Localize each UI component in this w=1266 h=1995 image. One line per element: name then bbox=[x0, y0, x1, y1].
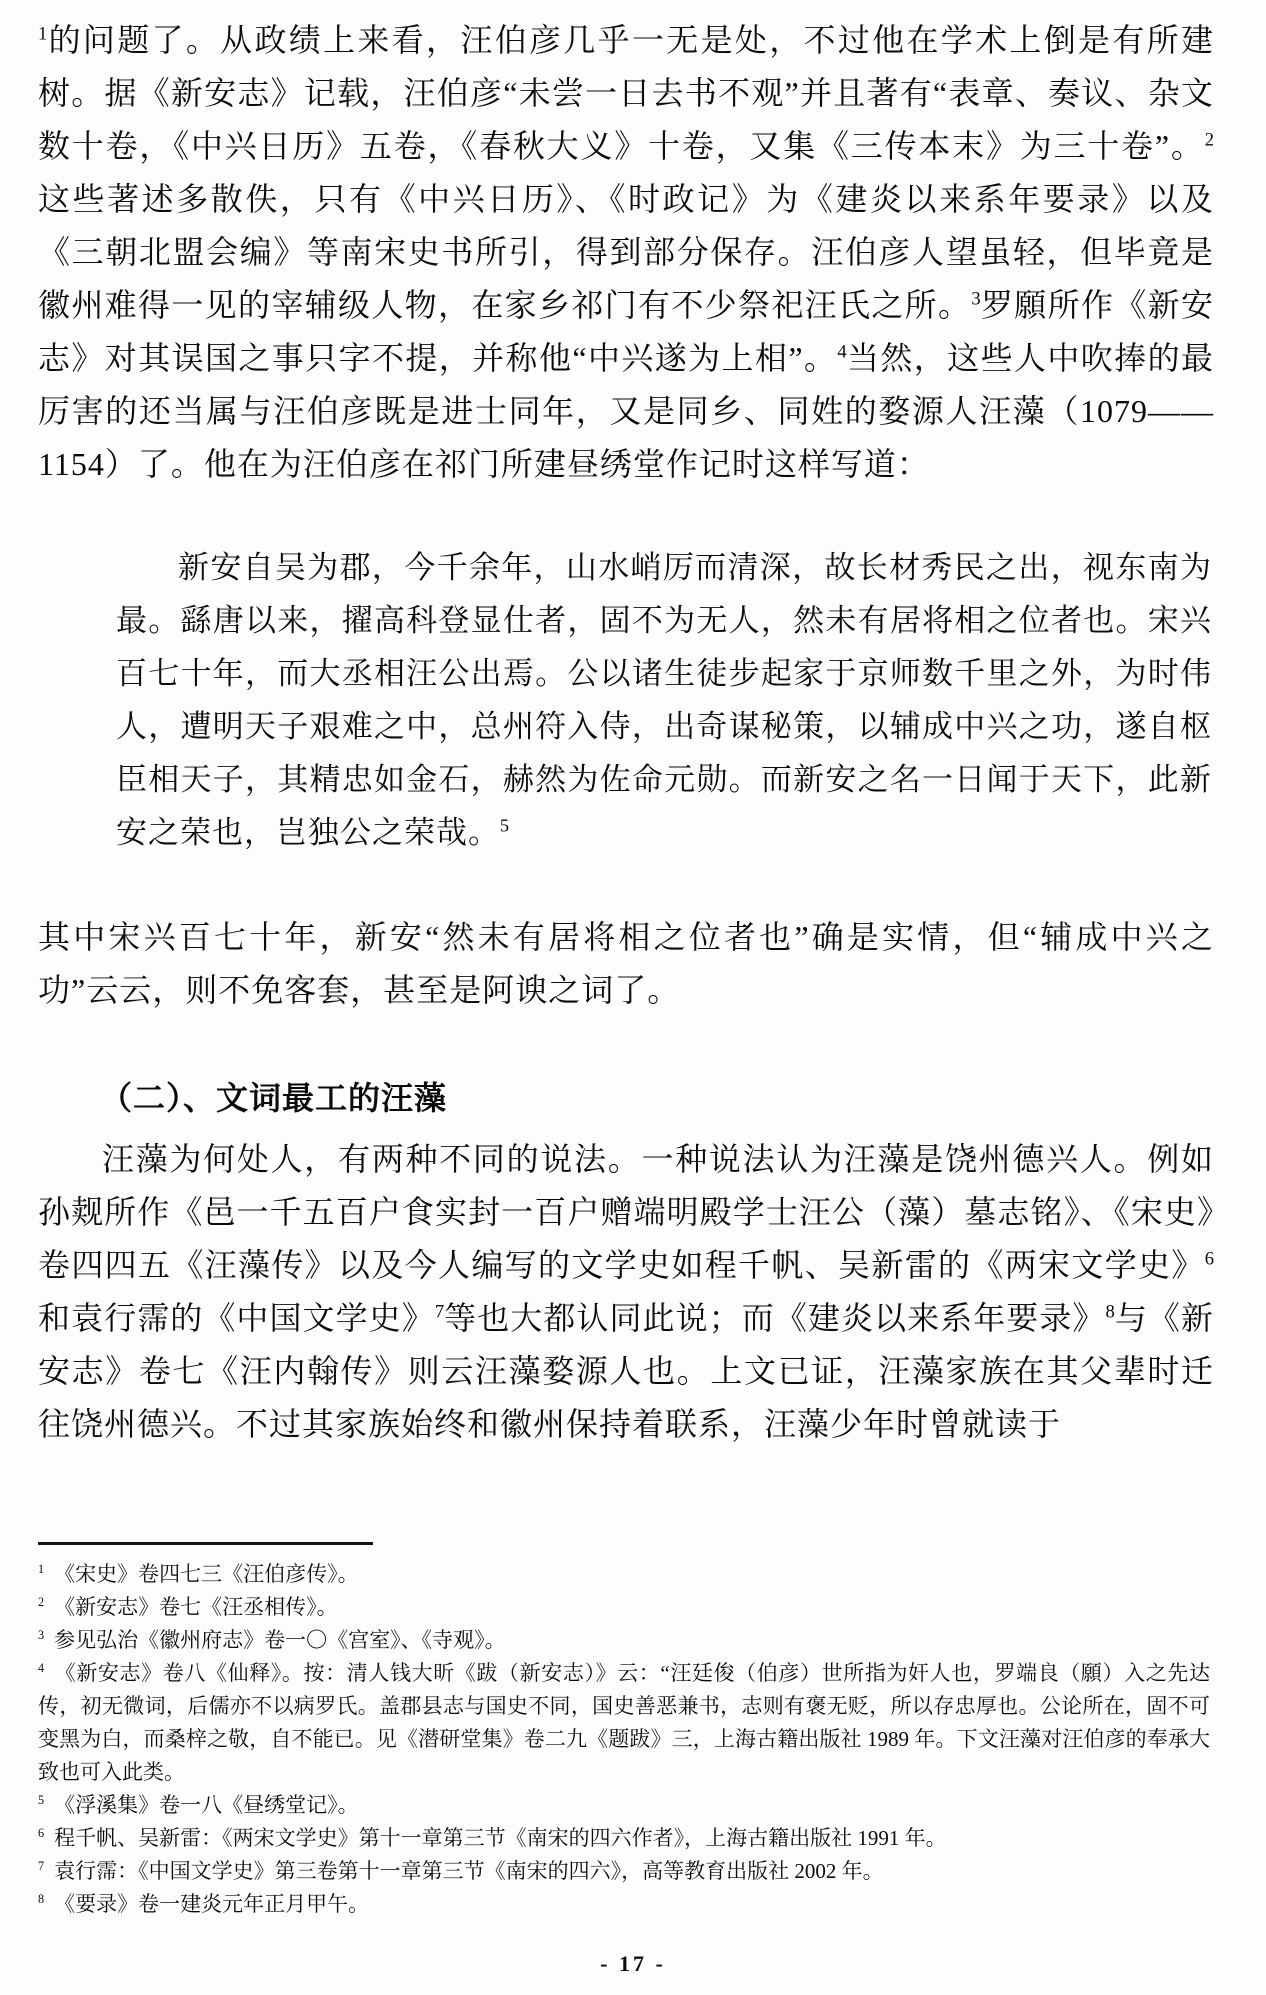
footnote-ref-4: 4 bbox=[837, 341, 846, 362]
paragraph-wang-boyan: 1的问题了。从政绩上来看，汪伯彦几乎一无是处，不过他在学术上倒是有所建树。据《新… bbox=[38, 14, 1214, 491]
footnote-number: 2 bbox=[38, 1595, 44, 1609]
footnote-number: 7 bbox=[38, 1859, 44, 1873]
footnote-number: 1 bbox=[38, 1562, 44, 1576]
footnote-item-6: 6程千帆、吴新雷：《两宋文学史》第十一章第三节《南宋的四六作者》，上海古籍出版社… bbox=[38, 1822, 1210, 1855]
footnote-ref-5: 5 bbox=[500, 816, 509, 836]
footnote-text: 《要录》卷一建炎元年正月甲午。 bbox=[54, 1892, 369, 1916]
body-text-segment: 和袁行霈的《中国文学史》 bbox=[38, 1300, 435, 1336]
body-text-segment: 的问题了。从政绩上来看，汪伯彦几乎一无是处，不过他在学术上倒是有所建树。据《新安… bbox=[38, 22, 1214, 164]
paragraph-wang-zao-origin: 汪藻为何处人，有两种不同的说法。一种说法认为汪藻是饶州德兴人。例如孙觌所作《邑一… bbox=[38, 1133, 1214, 1451]
footnote-item-1: 1《宋史》卷四七三《汪伯彦传》。 bbox=[38, 1558, 1210, 1591]
footnote-number: 5 bbox=[38, 1793, 44, 1807]
footnote-text: 袁行霈：《中国文学史》第三卷第十一章第三节《南宋的四六》，高等教育出版社 200… bbox=[54, 1859, 884, 1883]
footnote-ref-2: 2 bbox=[1205, 129, 1214, 150]
block-quote-zhouxiutang-ji: 新安自吴为郡，今千余年，山水峭厉而清深，故长材秀民之出，视东南为最。繇唐以来，擢… bbox=[116, 541, 1212, 859]
page-content: 1的问题了。从政绩上来看，汪伯彦几乎一无是处，不过他在学术上倒是有所建树。据《新… bbox=[0, 0, 1266, 1451]
footnote-item-8: 8《要录》卷一建炎元年正月甲午。 bbox=[38, 1888, 1210, 1921]
footnote-item-4: 4《新安志》卷八《仙释》。按：清人钱大昕《跋（新安志）》云：“汪廷俊（伯彦）世所… bbox=[38, 1657, 1210, 1789]
footnote-ref-8: 8 bbox=[1106, 1301, 1115, 1322]
footnote-text: 《新安志》卷八《仙释》。按：清人钱大昕《跋（新安志）》云：“汪廷俊（伯彦）世所指… bbox=[38, 1661, 1210, 1784]
footnote-ref-3: 3 bbox=[971, 288, 980, 309]
body-text-segment: 等也大都认同此说；而《建炎以来系年要录》 bbox=[444, 1300, 1105, 1336]
footnote-number: 3 bbox=[38, 1628, 44, 1642]
footnote-ref-7: 7 bbox=[435, 1301, 444, 1322]
page-number: - 17 - bbox=[0, 1951, 1266, 1977]
footnote-item-2: 2《新安志》卷七《汪丞相传》。 bbox=[38, 1591, 1210, 1624]
footnote-separator-rule bbox=[38, 1542, 373, 1545]
footnotes-section: 1《宋史》卷四七三《汪伯彦传》。 2《新安志》卷七《汪丞相传》。 3参见弘治《徽… bbox=[38, 1542, 1210, 1921]
footnote-number: 8 bbox=[38, 1892, 44, 1906]
footnote-number: 6 bbox=[38, 1826, 44, 1840]
footnote-text: 《浮溪集》卷一八《昼绣堂记》。 bbox=[54, 1793, 359, 1817]
footnote-text: 程千帆、吴新雷：《两宋文学史》第十一章第三节《南宋的四六作者》，上海古籍出版社 … bbox=[54, 1826, 947, 1850]
footnote-ref-6: 6 bbox=[1205, 1248, 1214, 1269]
footnote-text: 《新安志》卷七《汪丞相传》。 bbox=[54, 1595, 338, 1619]
body-text-segment: 其中宋兴百七十年，新安“然未有居将相之位者也”确是实情，但“辅成中兴之功”云云，… bbox=[38, 919, 1214, 1008]
footnote-item-5: 5《浮溪集》卷一八《昼绣堂记》。 bbox=[38, 1789, 1210, 1822]
paragraph-commentary: 其中宋兴百七十年，新安“然未有居将相之位者也”确是实情，但“辅成中兴之功”云云，… bbox=[38, 911, 1214, 1017]
footnote-text: 参见弘治《徽州府志》卷一〇《宫室》、《寺观》。 bbox=[54, 1628, 506, 1652]
footnote-text: 《宋史》卷四七三《汪伯彦传》。 bbox=[54, 1562, 359, 1586]
document-page: 1的问题了。从政绩上来看，汪伯彦几乎一无是处，不过他在学术上倒是有所建树。据《新… bbox=[0, 0, 1266, 1995]
quote-text: 新安自吴为郡，今千余年，山水峭厉而清深，故长材秀民之出，视东南为最。繇唐以来，擢… bbox=[116, 550, 1212, 850]
footnote-number: 4 bbox=[38, 1661, 44, 1675]
footnote-ref-1: 1 bbox=[38, 23, 47, 44]
section-heading-wang-zao: （二）、文词最工的汪藻 bbox=[100, 1073, 1214, 1119]
footnote-item-7: 7袁行霈：《中国文学史》第三卷第十一章第三节《南宋的四六》，高等教育出版社 20… bbox=[38, 1855, 1210, 1888]
footnote-item-3: 3参见弘治《徽州府志》卷一〇《宫室》、《寺观》。 bbox=[38, 1624, 1210, 1657]
body-text-segment: 汪藻为何处人，有两种不同的说法。一种说法认为汪藻是饶州德兴人。例如孙觌所作《邑一… bbox=[38, 1141, 1214, 1283]
heading-text: （二）、文词最工的汪藻 bbox=[100, 1080, 447, 1116]
